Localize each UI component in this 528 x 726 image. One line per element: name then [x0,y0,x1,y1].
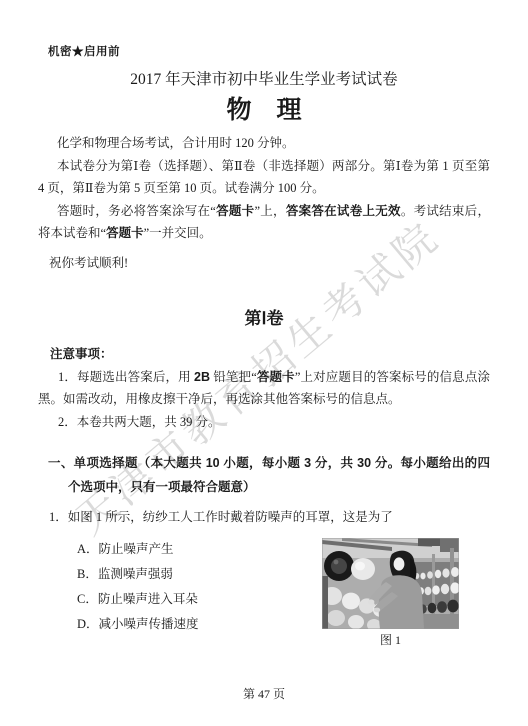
text-run-bold-answer-card: 答题卡 [216,204,255,218]
question-1-stem: 1．如图 1 所示，纺纱工人工作时戴着防噪声的耳罩，这是为了 [38,506,490,529]
text-run-bold-answer-card: 答题卡 [257,370,295,384]
intro-paragraph-duration: 化学和物理合场考试，合计用时 120 分钟。 [38,132,490,155]
text-run-bold-answer-card: 答题卡 [106,226,144,240]
notes-heading: 注意事项： [50,343,490,366]
good-luck-line: 祝你考试顺利! [38,252,490,275]
subject-title: 物 理 [38,96,490,125]
note-item-1: 1．每题选出答案后，用 2B 铅笔把“答题卡”上对应题目的答案标号的信息点涂黑。… [38,366,490,411]
intro-paragraph-answering: 答题时，务必将答案涂写在“答题卡”上，答案答在试卷上无效。考试结束后，将本试卷和… [38,200,490,245]
text-run: 铅笔把“ [210,370,257,384]
spinning-mill-photo [322,538,459,629]
figure-1-caption: 图 1 [322,633,459,647]
text-run: 答题时，务必将答案涂写在“ [57,204,216,218]
text-run-bold-invalid-warning: 答案答在试卷上无效 [286,204,401,218]
note-item-2: 2．本卷共两大题，共 39 分。 [38,411,490,434]
exam-title: 2017 年天津市初中毕业生学业考试试卷 [38,70,490,90]
exam-paper-page: 天津市教育招生考试院 机密★启用前 2017 年天津市初中毕业生学业考试试卷 物… [0,0,528,726]
page-number: 第 47 页 [0,687,528,701]
volume-1-title: 第Ⅰ卷 [38,308,490,330]
section-1-heading: 一、单项选择题（本大题共 10 小题，每小题 3 分，共 30 分。每小题给出的… [38,452,490,499]
text-run: ”上， [254,204,285,218]
text-run: 1．每题选出答案后，用 [58,370,194,384]
text-run-bold-2b: 2B [194,370,210,384]
figure-1: 图 1 [322,538,459,647]
confidential-label: 机密★启用前 [48,46,490,59]
text-run: ”一并交回。 [144,226,212,240]
intro-paragraph-structure: 本试卷分为第Ⅰ卷（选择题）、第Ⅱ卷（非选择题）两部分。第Ⅰ卷为第 1 页至第 4… [38,155,490,200]
